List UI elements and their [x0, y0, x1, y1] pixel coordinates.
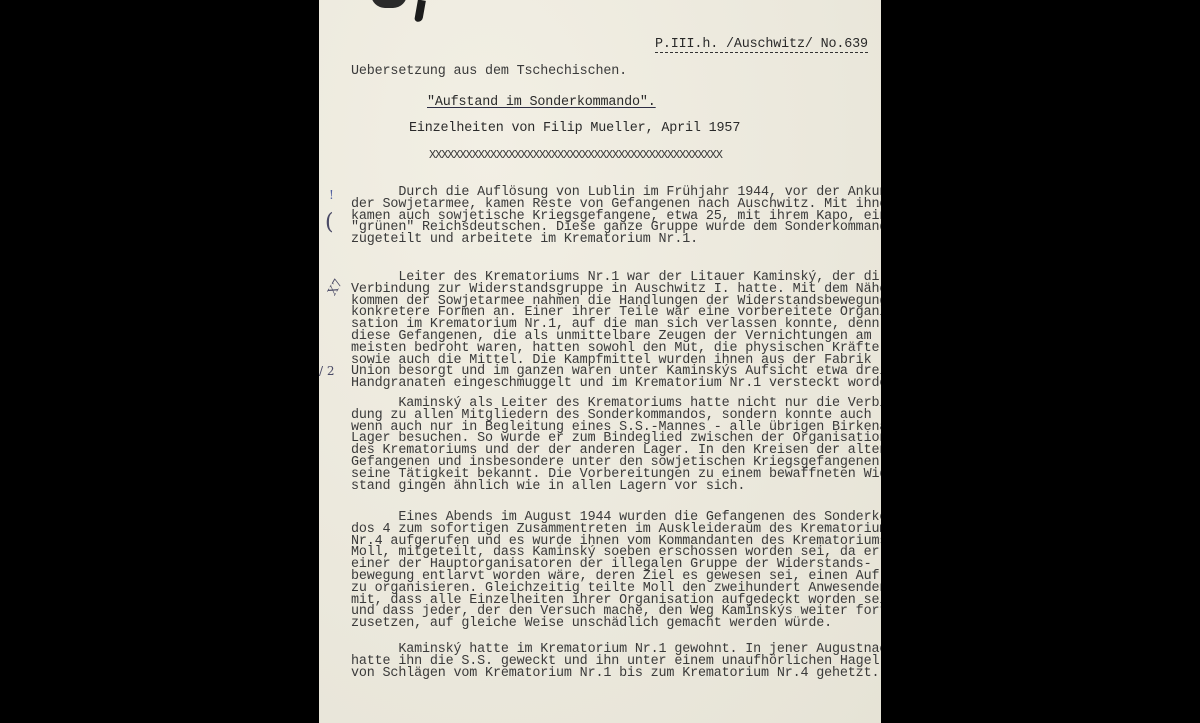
- reference-text: P.III.h. /Auschwitz/ No.639: [655, 37, 868, 53]
- byline: Einzelheiten von Filip Mueller, April 19…: [409, 122, 740, 135]
- paragraph-line: von Schlägen vom Krematorium Nr.1 bis zu…: [351, 667, 879, 680]
- margin-mark: / 2: [319, 364, 335, 378]
- title-text: "Aufstand im Sonderkommando".: [427, 95, 656, 110]
- margin-mark: !: [329, 188, 334, 202]
- paragraph-line: zusetzen, auf gleiche Weise unschädlich …: [351, 617, 832, 630]
- paper-clip-shadow: [371, 0, 407, 8]
- document-title: "Aufstand im Sonderkommando".: [427, 96, 656, 109]
- document-page: P.III.h. /Auschwitz/ No.639 Uebersetzung…: [319, 0, 881, 723]
- margin-mark: X7: [325, 276, 345, 297]
- paragraph-line: Handgranaten eingeschmuggelt und im Krem…: [351, 377, 881, 390]
- reference-number: P.III.h. /Auschwitz/ No.639: [655, 38, 868, 51]
- margin-mark: (: [325, 210, 334, 235]
- subtitle: Uebersetzung aus dem Tschechischen.: [351, 65, 627, 78]
- paragraph-line: zugeteilt und arbeitete im Krematorium N…: [351, 233, 698, 246]
- strikeout-line: XXXXXXXXXXXXXXXXXXXXXXXXXXXXXXXXXXXXXXXX…: [429, 148, 722, 162]
- paragraph-line: stand gingen ähnlich wie in allen Lagern…: [351, 480, 745, 493]
- paper-clip-shadow: [414, 0, 426, 23]
